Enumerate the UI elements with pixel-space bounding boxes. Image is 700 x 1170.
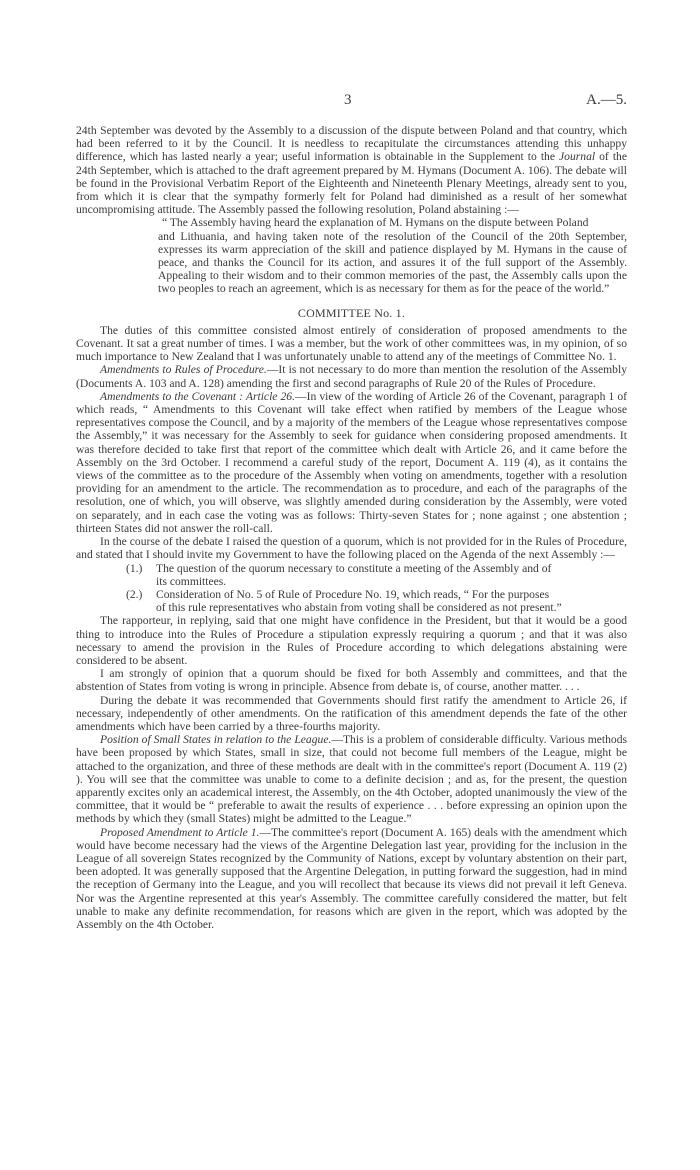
intro-text: 24th September was devoted by the Assemb…: [76, 124, 627, 163]
small-states-paragraph: Position of Small States in relation to …: [76, 733, 627, 825]
ratification-paragraph: During the debate it was recommended tha…: [76, 694, 627, 734]
agenda-item-2-text: Consideration of No. 5 of Rule of Proced…: [156, 588, 549, 601]
small-states-text: —This is a problem of considerable diffi…: [76, 733, 627, 825]
agenda-item-1-cont: its committees.: [156, 575, 627, 588]
page-number: 3: [344, 92, 352, 109]
article-1-title: Proposed Amendment to Article 1.: [100, 826, 259, 839]
document-body: 24th September was devoted by the Assemb…: [76, 124, 627, 931]
rules-of-procedure-paragraph: Amendments to Rules of Procedure.—It is …: [76, 363, 627, 389]
document-page: 3 A.—5. 24th September was devoted by th…: [0, 0, 700, 1170]
journal-title: Journal: [559, 150, 595, 163]
agenda-item-1-number: (1.): [126, 562, 156, 575]
resolution-quote-body: and Lithuania, and having taken note of …: [158, 230, 627, 296]
article-26-text: —In view of the wording of Article 26 of…: [76, 390, 627, 535]
agenda-item-2-cont: of this rule representatives who abstain…: [156, 601, 627, 614]
committee-paragraph-duties: The duties of this committee consisted a…: [76, 324, 627, 364]
resolution-quote-first-line: “ The Assembly having heard the explanat…: [170, 216, 627, 229]
agenda-item-1-first: (1.)The question of the quorum necessary…: [126, 562, 627, 575]
agenda-item-1-text: The question of the quorum necessary to …: [156, 562, 551, 575]
agenda-item-2-first: (2.)Consideration of No. 5 of Rule of Pr…: [126, 588, 627, 601]
small-states-title: Position of Small States in relation to …: [100, 733, 331, 746]
agenda-item-2-number: (2.): [126, 588, 156, 601]
section-heading: COMMITTEE No. 1.: [76, 307, 627, 320]
agenda-list-item-2: (2.)Consideration of No. 5 of Rule of Pr…: [126, 588, 627, 614]
agenda-list-item-1: (1.)The question of the quorum necessary…: [126, 562, 627, 588]
article-1-paragraph: Proposed Amendment to Article 1.—The com…: [76, 826, 627, 932]
article-26-title: Amendments to the Covenant : Article 26.: [100, 390, 295, 403]
opinion-paragraph: I am strongly of opinion that a quorum s…: [76, 667, 627, 693]
intro-paragraph: 24th September was devoted by the Assemb…: [76, 124, 627, 216]
page-header: 3 A.—5.: [76, 92, 627, 108]
rules-of-procedure-title: Amendments to Rules of Procedure.: [100, 363, 267, 376]
article-26-paragraph: Amendments to the Covenant : Article 26.…: [76, 390, 627, 535]
rapporteur-paragraph: The rapporteur, in replying, said that o…: [76, 614, 627, 667]
article-1-text: —The committee's report (Document A. 165…: [76, 826, 627, 931]
quorum-paragraph: In the course of the debate I raised the…: [76, 535, 627, 561]
document-code: A.—5.: [586, 92, 627, 109]
